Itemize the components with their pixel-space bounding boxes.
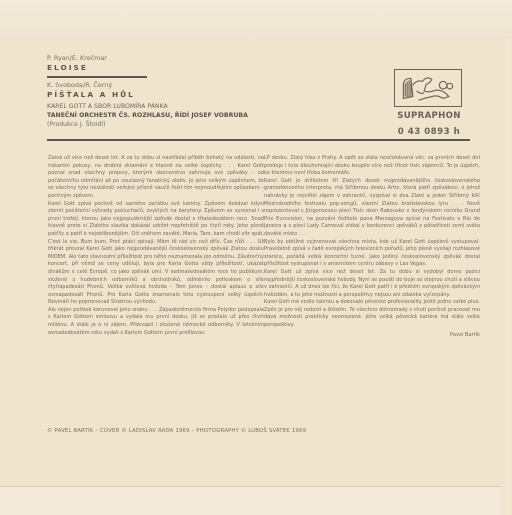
- liner-paragraph: Zaivá už více než deset let. A za tu dob…: [48, 155, 264, 201]
- track-divider: [47, 76, 147, 78]
- liner-paragraph: Karel Gott má vedle talentu a dokonalé p…: [264, 299, 480, 329]
- header-divider: [47, 139, 470, 141]
- orchestra: TANEČNÍ ORCHESTR ČS. ROZHLASU, ŘÍDÍ JOSE…: [47, 111, 347, 120]
- track-2-title: PÍŠŤALA A HŮL: [47, 90, 347, 100]
- author-signature: Pavel Bartík: [264, 332, 480, 340]
- liner-notes-right-column: LP desku. Zlatý hlas z Prahy. A opět se …: [264, 155, 480, 339]
- liner-paragraph: Ale nejen potlesk korunoval jeho snahu .…: [48, 307, 264, 337]
- track-credits: P. Ryan/E. Krečmar ELOISE K. Svoboda/R. …: [47, 54, 347, 129]
- copyright-line: © PAVEL BARTÍK – COVER © LADISLAV RADA 1…: [47, 428, 467, 434]
- lion-harp-emblem-icon: [395, 70, 461, 106]
- liner-paragraph: Karel Gott už zpívá více než deset let. …: [264, 269, 480, 299]
- liner-notes-left-column: Zaivá už více než deset let. A za tu dob…: [48, 155, 264, 337]
- sleeve-bottom-flap: [0, 486, 500, 515]
- label-name: SUPRAPHON: [391, 111, 467, 121]
- liner-paragraph: Karel Gott je držitelem tří Zlatých dese…: [264, 178, 480, 239]
- catalog-number: 0 43 0893 h: [391, 127, 467, 137]
- track-2-composers: K. Svoboda/R. Černý: [47, 81, 347, 90]
- performer: KAREL GOTT A SBOR LUBOMÍRA PÁNKA: [47, 102, 347, 111]
- liner-paragraph: Bylo by obtížné vyjmenovat všechna místa…: [264, 239, 480, 269]
- sleeve-top-flap: [0, 0, 512, 38]
- track-1-composers: P. Ryan/E. Krečmar: [47, 54, 347, 63]
- track-1-title: ELOISE: [47, 63, 347, 73]
- liner-paragraph: LP desku. Zlatý hlas z Prahy. A opět se …: [264, 155, 480, 178]
- supraphon-logo-icon: [394, 69, 462, 107]
- liner-paragraph: Karel Gott zpívá poctivě od samého začát…: [48, 201, 264, 307]
- producer: (Produkce J. Štoidl): [47, 120, 347, 129]
